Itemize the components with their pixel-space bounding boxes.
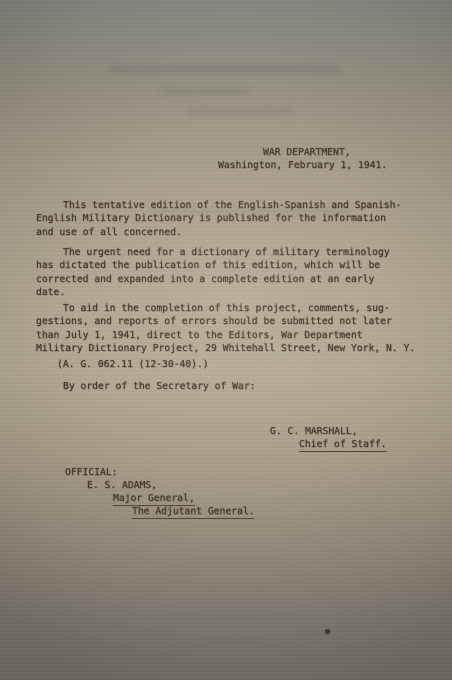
paragraph-3: To aid in the completion of this project… [36,302,415,355]
bleed-through-smudge [110,66,340,73]
official-title: The Adjutant General. [132,505,254,518]
paragraph-2-line: The urgent need for a dictionary of mili… [36,246,390,259]
official-rank: Major General, [113,492,195,505]
paragraph-2-line: corrected and expanded into a complete e… [36,273,390,286]
signature-title-text: Chief of Staff. [299,439,387,452]
official-label: OFFICIAL: [65,466,118,479]
paragraph-1: This tentative edition of the English-Sp… [36,199,401,239]
heading-dateline: Washington, February 1, 1941. [218,159,387,172]
official-title-text: The Adjutant General. [132,506,254,519]
file-reference: (A. G. 062.11 (12-30-40).) [57,358,209,371]
ink-speck [325,629,330,634]
bleed-through-smudge [185,108,295,115]
document-photo: WAR DEPARTMENT, Washington, February 1, … [0,0,452,680]
paragraph-3-line: gestions, and reports of errors should b… [36,315,415,328]
heading-department: WAR DEPARTMENT, [263,146,351,159]
paragraph-2-line: has dictated the publication of this edi… [36,259,390,272]
official-rank-text: Major General, [113,493,195,506]
paragraph-2: The urgent need for a dictionary of mili… [36,246,390,299]
signature-name: G. C. MARSHALL, [270,425,358,438]
bleed-through-smudge [160,88,250,95]
paragraph-1-line: and use of all concerned. [36,226,401,239]
order-line: By order of the Secretary of War: [63,380,255,393]
paragraph-2-line: date. [36,286,390,299]
official-name: E. S. ADAMS, [87,479,157,492]
paragraph-3-line: To aid in the completion of this project… [36,302,415,315]
paragraph-1-line: This tentative edition of the English-Sp… [36,199,401,212]
paragraph-3-line: than July 1, 1941, direct to the Editors… [36,329,415,342]
paragraph-3-line: Military Dictionary Project, 29 Whitehal… [36,342,415,355]
signature-title: Chief of Staff. [299,438,387,451]
paragraph-1-line: English Military Dictionary is published… [36,212,401,225]
